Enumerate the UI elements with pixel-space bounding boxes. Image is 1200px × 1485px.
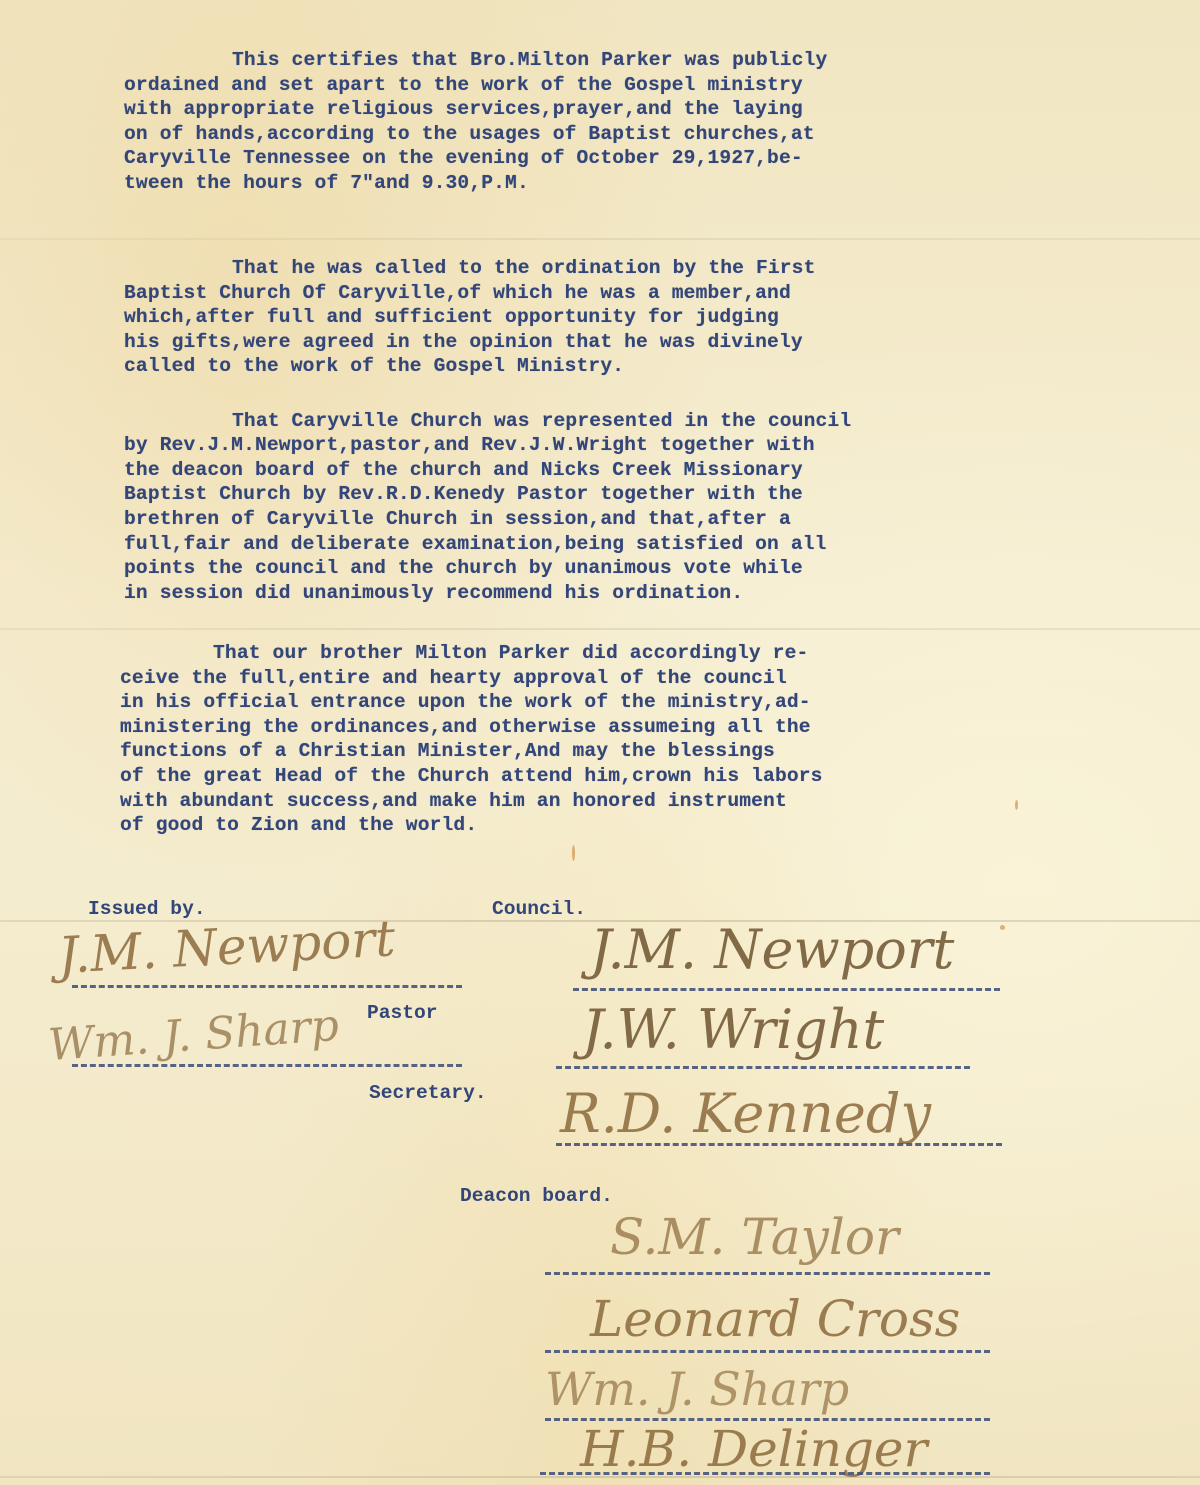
issued-by-label: Issued by. [88,898,206,920]
text-line: which,after full and sufficient opportun… [124,306,779,328]
signature-line [573,988,1000,991]
signature-deacon-2: Leonard Cross [590,1290,960,1348]
pastor-label: Pastor [367,1002,438,1024]
text-line: by Rev.J.M.Newport,pastor,and Rev.J.W.Wr… [124,434,815,456]
text-line: ministering the ordinances,and otherwise… [120,716,811,738]
text-line: in session did unanimously recommend his… [124,582,743,604]
text-line: the deacon board of the church and Nicks… [124,459,803,481]
signature-deacon-1: S.M. Taylor [610,1208,899,1266]
rust-stain [1015,800,1018,810]
paper-fold [0,628,1200,630]
text-line: This certifies that Bro.Milton Parker wa… [232,49,827,71]
text-line: points the council and the church by una… [124,557,803,579]
text-line: ceive the full,entire and hearty approva… [120,667,787,689]
signature-line [556,1066,970,1069]
text-line: with appropriate religious services,pray… [124,98,803,120]
text-line: with abundant success,and make him an ho… [120,790,787,812]
text-line: Baptist Church Of Caryville,of which he … [124,282,791,304]
rust-stain [572,845,575,861]
text-line: That he was called to the ordination by … [232,257,816,279]
text-line: tween the hours of 7"and 9.30,P.M. [124,172,529,194]
signature-deacon-3: Wm. J. Sharp [545,1362,849,1416]
text-line: in his official entrance upon the work o… [120,691,811,713]
text-line: of good to Zion and the world. [120,814,477,836]
rust-stain [1000,925,1005,930]
signature-line [556,1143,1002,1146]
text-line: That Caryville Church was represented in… [232,410,851,432]
text-line: called to the work of the Gospel Ministr… [124,355,624,377]
paper-fold [0,238,1200,240]
council-label: Council. [492,898,586,920]
signature-secretary: Wm. J. Sharp [47,1000,341,1071]
text-line: Baptist Church by Rev.R.D.Kenedy Pastor … [124,483,803,505]
signature-council-2: J.W. Wright [582,998,884,1061]
signature-council-3: R.D. Kennedy [560,1082,931,1145]
text-line: brethren of Caryville Church in session,… [124,508,791,530]
signature-line [545,1272,990,1275]
signature-line [72,985,462,988]
text-line: his gifts,were agreed in the opinion tha… [124,331,803,353]
text-line: on of hands,according to the usages of B… [124,123,815,145]
text-line: That our brother Milton Parker did accor… [213,642,808,664]
text-line: ordained and set apart to the work of th… [124,74,803,96]
signature-line [540,1472,990,1475]
text-line: functions of a Christian Minister,And ma… [120,740,775,762]
certificate-page: This certifies that Bro.Milton Parker wa… [0,0,1200,1485]
signature-council-1: J.M. Newport [590,918,954,981]
text-line: Caryville Tennessee on the evening of Oc… [124,147,803,169]
text-line: of the great Head of the Church attend h… [120,765,823,787]
deacon-board-label: Deacon board. [460,1185,613,1207]
signature-deacon-4: H.B. Delinger [580,1420,927,1478]
text-line: full,fair and deliberate examination,bei… [124,533,827,555]
signature-line [545,1350,990,1353]
signature-line [72,1064,462,1067]
secretary-label: Secretary. [369,1082,487,1104]
